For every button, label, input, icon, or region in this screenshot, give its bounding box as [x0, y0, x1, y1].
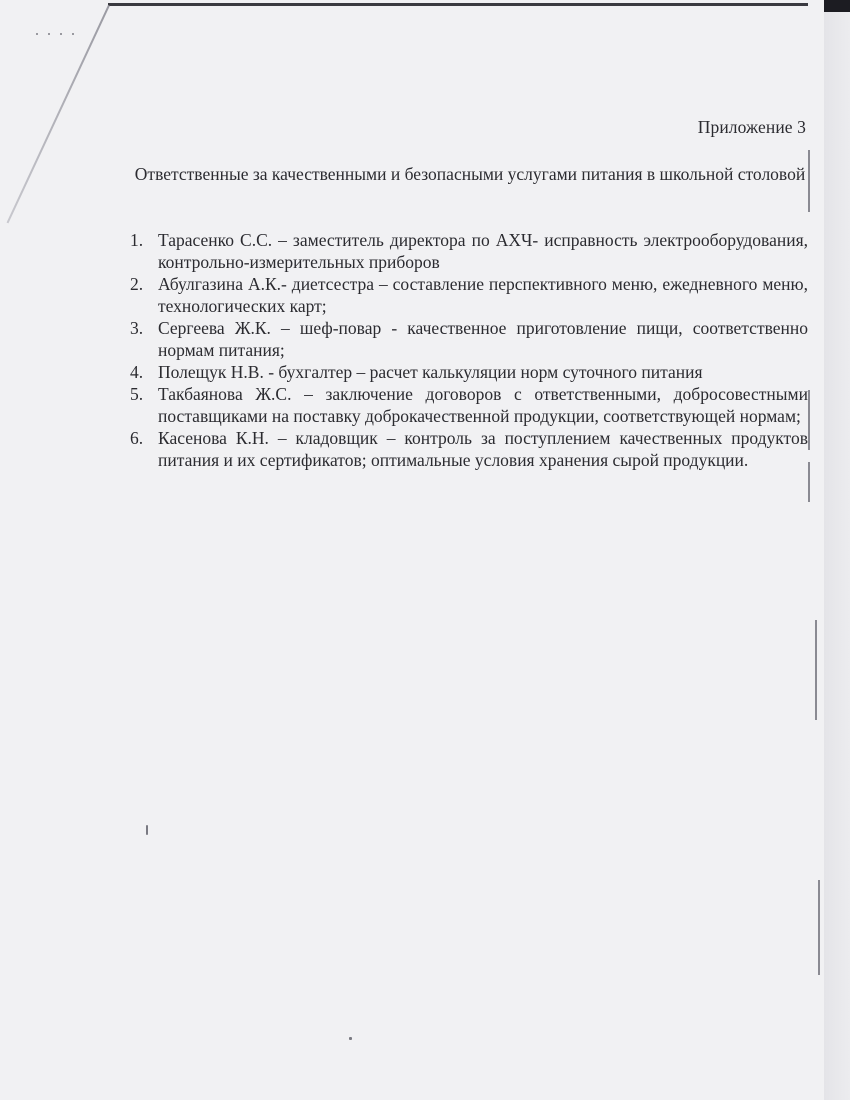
list-item: 3. Сергеева Ж.К. – шеф-повар - качествен… — [130, 317, 808, 361]
item-number: 4. — [130, 361, 158, 383]
item-text: Касенова К.Н. – кладовщик – контроль за … — [158, 427, 808, 471]
document-page: Приложение 3 Ответственные за качественн… — [0, 0, 850, 1100]
item-number: 5. — [130, 383, 158, 427]
list-item: 4. Полещук Н.В. - бухгалтер – расчет кал… — [130, 361, 808, 383]
item-text: Полещук Н.В. - бухгалтер – расчет кальку… — [158, 361, 808, 383]
appendix-label: Приложение 3 — [698, 117, 806, 138]
item-text: Тарасенко С.С. – заместитель директора п… — [158, 229, 808, 273]
list-item: 5. Такбаянова Ж.С. – заключение договоро… — [130, 383, 808, 427]
item-number: 6. — [130, 427, 158, 471]
document-title: Ответственные за качественными и безопас… — [128, 163, 812, 185]
item-number: 2. — [130, 273, 158, 317]
list-item: 2. Абулгазина А.К.- диетсестра – составл… — [130, 273, 808, 317]
item-number: 1. — [130, 229, 158, 273]
item-number: 3. — [130, 317, 158, 361]
list-item: 6. Касенова К.Н. – кладовщик – контроль … — [130, 427, 808, 471]
item-text: Такбаянова Ж.С. – заключение договоров с… — [158, 383, 808, 427]
list-item: 1. Тарасенко С.С. – заместитель директор… — [130, 229, 808, 273]
item-text: Сергеева Ж.К. – шеф-повар - качественное… — [158, 317, 808, 361]
item-text: Абулгазина А.К.- диетсестра – составлени… — [158, 273, 808, 317]
responsibles-list: 1. Тарасенко С.С. – заместитель директор… — [130, 229, 808, 471]
